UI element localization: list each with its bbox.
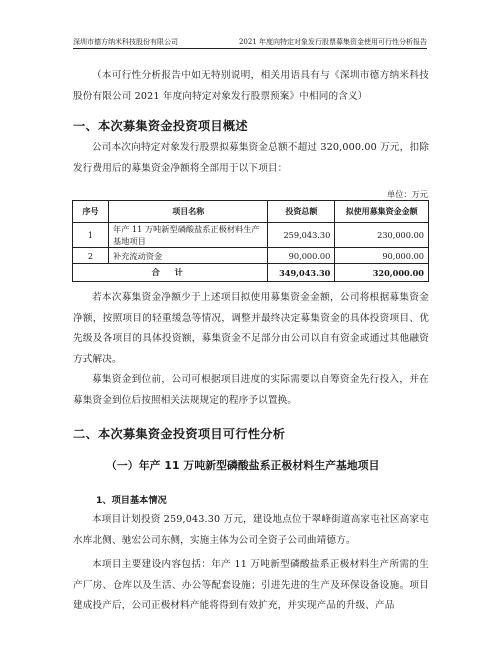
total-raised-sum: 320,000.00 [335,264,429,282]
section-2-subheading: （一）年产 11 万吨新型磷酸盐系正极材料生产基地项目 [106,458,380,473]
col-header-no: 序号 [73,201,109,223]
cell-total-investment: 259,043.30 [268,223,335,248]
cell-raised-amount: 90,000.00 [335,248,429,264]
section-2-paragraph-1: 本项目计划投资 259,043.30 万元，建设地点位于翠峰街道高家屯社区高家屯… [73,510,429,551]
section-1-paragraph-3: 募集资金到位前，公司可根据项目进度的实际需要以自筹资金先行投入，并在募集资金到位… [73,370,429,411]
table-unit-label: 单位：万元 [387,189,428,200]
col-header-total-investment: 投资总额 [268,201,335,223]
fund-allocation-table: 序号 项目名称 投资总额 拟使用募集资金金额 1 年产 11 万吨新型磷酸盐系正… [72,200,429,282]
section-2-heading: 二、本次募集资金投资项目可行性分析 [73,425,285,442]
table-header-row: 序号 项目名称 投资总额 拟使用募集资金金额 [73,201,429,223]
col-header-raised-amount: 拟使用募集资金金额 [335,201,429,223]
cell-no: 1 [73,223,109,248]
document-page: 深圳市德方纳米科技股份有限公司 2021 年度向特定对象发行股票募集资金使用可行… [0,0,500,655]
table-row: 1 年产 11 万吨新型磷酸盐系正极材料生产基地项目 259,043.30 23… [73,223,429,248]
cell-raised-amount: 230,000.00 [335,223,429,248]
section-1-heading: 一、本次募集资金投资项目概述 [73,117,248,134]
project-basic-info-heading: 1、项目基本情况 [96,492,167,506]
cell-project-name: 补充流动资金 [109,248,268,264]
intro-note: （本可行性分析报告中如无特别说明，相关用语具有与《深圳市德方纳米科技股份有限公司… [73,66,429,107]
section-1-paragraph-2: 若本次募集资金净额少于上述项目拟使用募集资金金额，公司将根据募集资金净额，按照项… [73,288,429,370]
cell-no: 2 [73,248,109,264]
total-label: 合 计 [73,264,268,282]
header-report-title: 2021 年度向特定对象发行股票募集资金使用可行性分析报告 [239,37,427,47]
section-2-paragraph-2: 本项目主要建设内容包括：年产 11 万吨新型磷酸盐系正极材料生产所需的生产厂房、… [73,555,429,617]
col-header-project-name: 项目名称 [109,201,268,223]
page-header: 深圳市德方纳米科技股份有限公司 2021 年度向特定对象发行股票募集资金使用可行… [73,36,427,49]
cell-project-name: 年产 11 万吨新型磷酸盐系正极材料生产基地项目 [109,223,268,248]
section-1-paragraph-1: 公司本次向特定对象发行股票拟募集资金总额不超过 320,000.00 万元，扣除… [73,138,429,179]
table-total-row: 合 计 349,043.30 320,000.00 [73,264,429,282]
cell-total-investment: 90,000.00 [268,248,335,264]
total-investment-sum: 349,043.30 [268,264,335,282]
table-row: 2 补充流动资金 90,000.00 90,000.00 [73,248,429,264]
header-company-name: 深圳市德方纳米科技股份有限公司 [73,37,178,47]
